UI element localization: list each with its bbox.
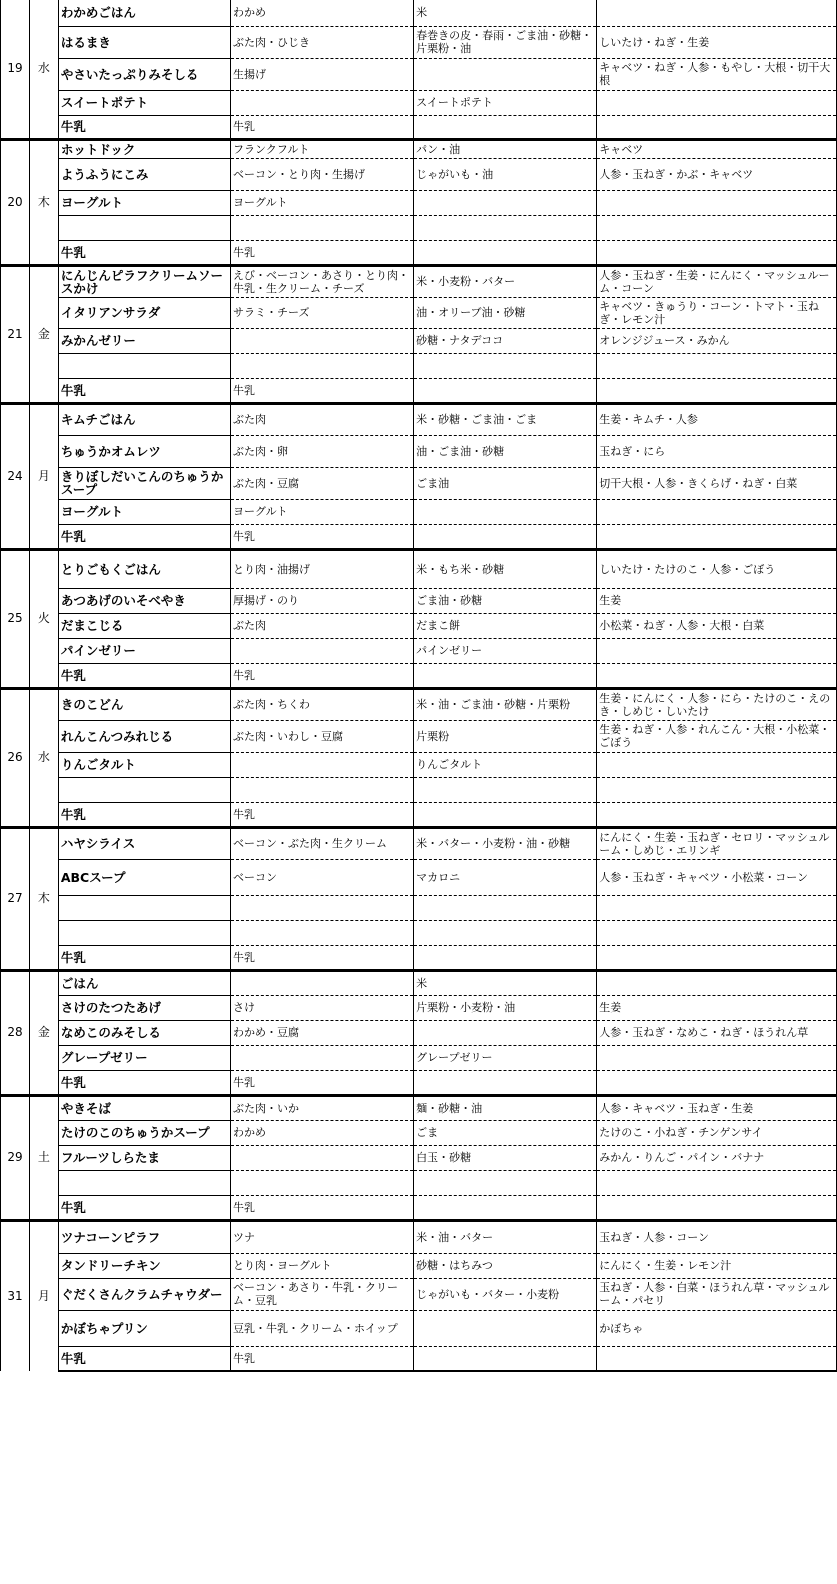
- red-group-ingredients-cell: [231, 752, 414, 777]
- menu-row: だまこじるぶた肉だまこ餅小松菜・ねぎ・人参・大根・白菜: [1, 613, 837, 638]
- dish-name-cell: かぼちゃプリン: [58, 1310, 230, 1346]
- yellow-group-ingredients-cell: だまこ餅: [414, 613, 597, 638]
- yellow-group-ingredients-cell: 白玉・砂糖: [414, 1145, 597, 1170]
- menu-row: きりぼしだいこんのちゅうかスープぶた肉・豆腐ごま油切干大根・人参・きくらげ・ねぎ…: [1, 467, 837, 499]
- dish-name-cell: やきそば: [58, 1095, 230, 1120]
- dish-name-cell: たけのこのちゅうかスープ: [58, 1120, 230, 1145]
- dish-name-cell: きりぼしだいこんのちゅうかスープ: [58, 467, 230, 499]
- dish-name-cell: グレープゼリー: [58, 1045, 230, 1070]
- green-group-ingredients-cell: [597, 1170, 837, 1195]
- menu-row: さけのたつたあげさけ片栗粉・小麦粉・油生姜: [1, 995, 837, 1020]
- red-group-ingredients-cell: ヨーグルト: [231, 190, 414, 215]
- menu-row: 21金にんじんピラフクリームソースかけえび・ベーコン・あさり・とり肉・牛乳・生ク…: [1, 265, 837, 297]
- dish-name-cell: だまこじる: [58, 613, 230, 638]
- red-group-ingredients-cell: ベーコン・あさり・牛乳・クリーム・豆乳: [231, 1278, 414, 1310]
- green-group-ingredients-cell: [597, 663, 837, 688]
- yellow-group-ingredients-cell: 春巻きの皮・春雨・ごま油・砂糖・片栗粉・油: [414, 26, 597, 58]
- yellow-group-ingredients-cell: 米・小麦粉・バター: [414, 265, 597, 297]
- menu-row: 牛乳牛乳: [1, 1195, 837, 1220]
- green-group-ingredients-cell: 生姜・ねぎ・人参・れんこん・大根・小松菜・ごぼう: [597, 720, 837, 752]
- menu-row: はるまきぶた肉・ひじき春巻きの皮・春雨・ごま油・砂糖・片栗粉・油しいたけ・ねぎ・…: [1, 26, 837, 58]
- dish-name-cell: ようふうにこみ: [58, 158, 230, 190]
- weekday-cell: 金: [29, 265, 58, 403]
- date-cell: 31: [1, 1220, 30, 1371]
- yellow-group-ingredients-cell: りんごタルト: [414, 752, 597, 777]
- menu-row: スイートポテトスイートポテト: [1, 90, 837, 115]
- green-group-ingredients-cell: [597, 752, 837, 777]
- green-group-ingredients-cell: [597, 1195, 837, 1220]
- red-group-ingredients-cell: ツナ: [231, 1220, 414, 1253]
- menu-row: タンドリーチキンとり肉・ヨーグルト砂糖・はちみつにんにく・生姜・レモン汁: [1, 1253, 837, 1278]
- red-group-ingredients-cell: ぶた肉・卵: [231, 435, 414, 467]
- dish-name-cell: タンドリーチキン: [58, 1253, 230, 1278]
- dish-name-cell: 牛乳: [58, 524, 230, 549]
- dish-name-cell: ABCスープ: [58, 859, 230, 895]
- yellow-group-ingredients-cell: [414, 895, 597, 920]
- weekday-cell: 水: [29, 0, 58, 139]
- yellow-group-ingredients-cell: [414, 58, 597, 90]
- menu-row: 牛乳牛乳: [1, 240, 837, 265]
- yellow-group-ingredients-cell: 米・油・ごま油・砂糖・片栗粉: [414, 688, 597, 720]
- red-group-ingredients-cell: [231, 90, 414, 115]
- dish-name-cell: 牛乳: [58, 1070, 230, 1095]
- dish-name-cell: スイートポテト: [58, 90, 230, 115]
- green-group-ingredients-cell: [597, 115, 837, 139]
- menu-row: 24月キムチごはんぶた肉米・砂糖・ごま油・ごま生姜・キムチ・人参: [1, 403, 837, 435]
- red-group-ingredients-cell: ぶた肉: [231, 403, 414, 435]
- menu-row: 25火とりごもくごはんとり肉・油揚げ米・もち米・砂糖しいたけ・たけのこ・人参・ご…: [1, 549, 837, 588]
- green-group-ingredients-cell: にんにく・生姜・レモン汁: [597, 1253, 837, 1278]
- green-group-ingredients-cell: 玉ねぎ・にら: [597, 435, 837, 467]
- yellow-group-ingredients-cell: 油・オリーブ油・砂糖: [414, 297, 597, 328]
- menu-row: [1, 1170, 837, 1195]
- green-group-ingredients-cell: 生姜・キムチ・人参: [597, 403, 837, 435]
- date-cell: 24: [1, 403, 30, 549]
- date-cell: 19: [1, 0, 30, 139]
- weekday-cell: 金: [29, 970, 58, 1095]
- red-group-ingredients-cell: 牛乳: [231, 378, 414, 403]
- dish-name-cell: なめこのみそしる: [58, 1020, 230, 1045]
- green-group-ingredients-cell: [597, 240, 837, 265]
- menu-row: りんごタルトりんごタルト: [1, 752, 837, 777]
- lunch-menu-table: 19水わかめごはんわかめ米はるまきぶた肉・ひじき春巻きの皮・春雨・ごま油・砂糖・…: [0, 0, 837, 1372]
- green-group-ingredients-cell: みかん・りんご・パイン・バナナ: [597, 1145, 837, 1170]
- yellow-group-ingredients-cell: [414, 524, 597, 549]
- green-group-ingredients-cell: しいたけ・ねぎ・生姜: [597, 26, 837, 58]
- dish-name-cell: ヨーグルト: [58, 190, 230, 215]
- dish-name-cell: ハヤシライス: [58, 827, 230, 859]
- dish-name-cell: ごはん: [58, 970, 230, 995]
- menu-row: 牛乳牛乳: [1, 115, 837, 139]
- dish-name-cell: 牛乳: [58, 663, 230, 688]
- yellow-group-ingredients-cell: じゃがいも・油: [414, 158, 597, 190]
- menu-row: 29土やきそばぶた肉・いか麺・砂糖・油人参・キャベツ・玉ねぎ・生姜: [1, 1095, 837, 1120]
- menu-row: 牛乳牛乳: [1, 1346, 837, 1371]
- dish-name-cell: [58, 353, 230, 378]
- green-group-ingredients-cell: 人参・玉ねぎ・かぶ・キャベツ: [597, 158, 837, 190]
- dish-name-cell: 牛乳: [58, 240, 230, 265]
- dish-name-cell: あつあげのいそべやき: [58, 588, 230, 613]
- menu-row: 牛乳牛乳: [1, 663, 837, 688]
- menu-row: 19水わかめごはんわかめ米: [1, 0, 837, 26]
- red-group-ingredients-cell: [231, 328, 414, 353]
- green-group-ingredients-cell: [597, 920, 837, 945]
- green-group-ingredients-cell: [597, 90, 837, 115]
- yellow-group-ingredients-cell: 米: [414, 970, 597, 995]
- red-group-ingredients-cell: さけ: [231, 995, 414, 1020]
- green-group-ingredients-cell: オレンジジュース・みかん: [597, 328, 837, 353]
- yellow-group-ingredients-cell: [414, 663, 597, 688]
- yellow-group-ingredients-cell: 米: [414, 0, 597, 26]
- dish-name-cell: 牛乳: [58, 802, 230, 827]
- dish-name-cell: 牛乳: [58, 1195, 230, 1220]
- yellow-group-ingredients-cell: [414, 1020, 597, 1045]
- yellow-group-ingredients-cell: [414, 1346, 597, 1371]
- green-group-ingredients-cell: [597, 353, 837, 378]
- green-group-ingredients-cell: 玉ねぎ・人参・白菜・ほうれん草・マッシュルーム・パセリ: [597, 1278, 837, 1310]
- red-group-ingredients-cell: ぶた肉・ちくわ: [231, 688, 414, 720]
- yellow-group-ingredients-cell: 米・もち米・砂糖: [414, 549, 597, 588]
- red-group-ingredients-cell: [231, 895, 414, 920]
- red-group-ingredients-cell: ぶた肉・ひじき: [231, 26, 414, 58]
- green-group-ingredients-cell: 切干大根・人参・きくらげ・ねぎ・白菜: [597, 467, 837, 499]
- yellow-group-ingredients-cell: [414, 1310, 597, 1346]
- red-group-ingredients-cell: えび・ベーコン・あさり・とり肉・牛乳・生クリーム・チーズ: [231, 265, 414, 297]
- menu-row: [1, 215, 837, 240]
- red-group-ingredients-cell: ベーコン・とり肉・生揚げ: [231, 158, 414, 190]
- yellow-group-ingredients-cell: [414, 777, 597, 802]
- menu-row: 20木ホットドックフランクフルトパン・油キャベツ: [1, 139, 837, 158]
- red-group-ingredients-cell: 牛乳: [231, 240, 414, 265]
- red-group-ingredients-cell: 牛乳: [231, 663, 414, 688]
- green-group-ingredients-cell: 人参・玉ねぎ・キャベツ・小松菜・コーン: [597, 859, 837, 895]
- date-cell: 28: [1, 970, 30, 1095]
- dish-name-cell: [58, 777, 230, 802]
- green-group-ingredients-cell: キャベツ・きゅうり・コーン・トマト・玉ねぎ・レモン汁: [597, 297, 837, 328]
- menu-row: やさいたっぷりみそしる生揚げキャベツ・ねぎ・人参・もやし・大根・切干大根: [1, 58, 837, 90]
- green-group-ingredients-cell: キャベツ: [597, 139, 837, 158]
- red-group-ingredients-cell: ぶた肉・いわし・豆腐: [231, 720, 414, 752]
- yellow-group-ingredients-cell: [414, 499, 597, 524]
- green-group-ingredients-cell: にんにく・生姜・玉ねぎ・セロリ・マッシュルーム・しめじ・エリンギ: [597, 827, 837, 859]
- red-group-ingredients-cell: ベーコン・ぶた肉・生クリーム: [231, 827, 414, 859]
- green-group-ingredients-cell: [597, 638, 837, 663]
- red-group-ingredients-cell: サラミ・チーズ: [231, 297, 414, 328]
- red-group-ingredients-cell: わかめ・豆腐: [231, 1020, 414, 1045]
- red-group-ingredients-cell: [231, 1045, 414, 1070]
- green-group-ingredients-cell: [597, 190, 837, 215]
- menu-row: 牛乳牛乳: [1, 802, 837, 827]
- yellow-group-ingredients-cell: [414, 920, 597, 945]
- dish-name-cell: [58, 215, 230, 240]
- green-group-ingredients-cell: 生姜: [597, 588, 837, 613]
- green-group-ingredients-cell: [597, 777, 837, 802]
- menu-row: 牛乳牛乳: [1, 378, 837, 403]
- menu-row: ちゅうかオムレツぶた肉・卵油・ごま油・砂糖玉ねぎ・にら: [1, 435, 837, 467]
- menu-row: 牛乳牛乳: [1, 945, 837, 970]
- menu-row: れんこんつみれじるぶた肉・いわし・豆腐片栗粉生姜・ねぎ・人参・れんこん・大根・小…: [1, 720, 837, 752]
- dish-name-cell: 牛乳: [58, 945, 230, 970]
- yellow-group-ingredients-cell: [414, 802, 597, 827]
- yellow-group-ingredients-cell: [414, 1195, 597, 1220]
- green-group-ingredients-cell: [597, 802, 837, 827]
- yellow-group-ingredients-cell: ごま: [414, 1120, 597, 1145]
- yellow-group-ingredients-cell: [414, 215, 597, 240]
- menu-row: かぼちゃプリン豆乳・牛乳・クリーム・ホイップかぼちゃ: [1, 1310, 837, 1346]
- menu-row: ヨーグルトヨーグルト: [1, 499, 837, 524]
- green-group-ingredients-cell: 人参・玉ねぎ・なめこ・ねぎ・ほうれん草: [597, 1020, 837, 1045]
- green-group-ingredients-cell: [597, 215, 837, 240]
- green-group-ingredients-cell: [597, 524, 837, 549]
- green-group-ingredients-cell: [597, 1045, 837, 1070]
- red-group-ingredients-cell: [231, 1170, 414, 1195]
- yellow-group-ingredients-cell: スイートポテト: [414, 90, 597, 115]
- dish-name-cell: みかんゼリー: [58, 328, 230, 353]
- menu-row: 31月ツナコーンピラフツナ米・油・バター玉ねぎ・人参・コーン: [1, 1220, 837, 1253]
- yellow-group-ingredients-cell: 油・ごま油・砂糖: [414, 435, 597, 467]
- green-group-ingredients-cell: [597, 378, 837, 403]
- weekday-cell: 木: [29, 827, 58, 970]
- menu-row: 28金ごはん米: [1, 970, 837, 995]
- yellow-group-ingredients-cell: グレープゼリー: [414, 1045, 597, 1070]
- dish-name-cell: [58, 895, 230, 920]
- dish-name-cell: とりごもくごはん: [58, 549, 230, 588]
- weekday-cell: 火: [29, 549, 58, 688]
- menu-row: たけのこのちゅうかスープわかめごまたけのこ・小ねぎ・チンゲンサイ: [1, 1120, 837, 1145]
- yellow-group-ingredients-cell: 米・バター・小麦粉・油・砂糖: [414, 827, 597, 859]
- red-group-ingredients-cell: [231, 920, 414, 945]
- red-group-ingredients-cell: フランクフルト: [231, 139, 414, 158]
- green-group-ingredients-cell: [597, 945, 837, 970]
- dish-name-cell: ヨーグルト: [58, 499, 230, 524]
- yellow-group-ingredients-cell: [414, 190, 597, 215]
- red-group-ingredients-cell: わかめ: [231, 1120, 414, 1145]
- dish-name-cell: パインゼリー: [58, 638, 230, 663]
- dish-name-cell: ホットドック: [58, 139, 230, 158]
- menu-row: ヨーグルトヨーグルト: [1, 190, 837, 215]
- yellow-group-ingredients-cell: パインゼリー: [414, 638, 597, 663]
- dish-name-cell: ぐだくさんクラムチャウダー: [58, 1278, 230, 1310]
- green-group-ingredients-cell: 生姜: [597, 995, 837, 1020]
- red-group-ingredients-cell: 牛乳: [231, 802, 414, 827]
- date-cell: 20: [1, 139, 30, 265]
- red-group-ingredients-cell: 牛乳: [231, 1070, 414, 1095]
- yellow-group-ingredients-cell: マカロニ: [414, 859, 597, 895]
- red-group-ingredients-cell: 牛乳: [231, 1195, 414, 1220]
- red-group-ingredients-cell: [231, 638, 414, 663]
- dish-name-cell: はるまき: [58, 26, 230, 58]
- weekday-cell: 木: [29, 139, 58, 265]
- red-group-ingredients-cell: ヨーグルト: [231, 499, 414, 524]
- menu-row: イタリアンサラダサラミ・チーズ油・オリーブ油・砂糖キャベツ・きゅうり・コーン・ト…: [1, 297, 837, 328]
- date-cell: 21: [1, 265, 30, 403]
- yellow-group-ingredients-cell: ごま油・砂糖: [414, 588, 597, 613]
- menu-row: 27木ハヤシライスベーコン・ぶた肉・生クリーム米・バター・小麦粉・油・砂糖にんに…: [1, 827, 837, 859]
- yellow-group-ingredients-cell: 麺・砂糖・油: [414, 1095, 597, 1120]
- yellow-group-ingredients-cell: 米・油・バター: [414, 1220, 597, 1253]
- dish-name-cell: キムチごはん: [58, 403, 230, 435]
- yellow-group-ingredients-cell: 砂糖・はちみつ: [414, 1253, 597, 1278]
- red-group-ingredients-cell: [231, 353, 414, 378]
- red-group-ingredients-cell: [231, 970, 414, 995]
- red-group-ingredients-cell: ベーコン: [231, 859, 414, 895]
- weekday-cell: 土: [29, 1095, 58, 1220]
- dish-name-cell: 牛乳: [58, 1346, 230, 1371]
- yellow-group-ingredients-cell: [414, 353, 597, 378]
- red-group-ingredients-cell: ぶた肉: [231, 613, 414, 638]
- yellow-group-ingredients-cell: 片栗粉・小麦粉・油: [414, 995, 597, 1020]
- menu-row: あつあげのいそべやき厚揚げ・のりごま油・砂糖生姜: [1, 588, 837, 613]
- red-group-ingredients-cell: とり肉・ヨーグルト: [231, 1253, 414, 1278]
- menu-row: ABCスープベーコンマカロニ人参・玉ねぎ・キャベツ・小松菜・コーン: [1, 859, 837, 895]
- yellow-group-ingredients-cell: 米・砂糖・ごま油・ごま: [414, 403, 597, 435]
- red-group-ingredients-cell: [231, 215, 414, 240]
- green-group-ingredients-cell: [597, 499, 837, 524]
- date-cell: 25: [1, 549, 30, 688]
- green-group-ingredients-cell: かぼちゃ: [597, 1310, 837, 1346]
- yellow-group-ingredients-cell: 片栗粉: [414, 720, 597, 752]
- menu-row: ぐだくさんクラムチャウダーベーコン・あさり・牛乳・クリーム・豆乳じゃがいも・バタ…: [1, 1278, 837, 1310]
- yellow-group-ingredients-cell: 砂糖・ナタデココ: [414, 328, 597, 353]
- red-group-ingredients-cell: [231, 777, 414, 802]
- menu-row: なめこのみそしるわかめ・豆腐人参・玉ねぎ・なめこ・ねぎ・ほうれん草: [1, 1020, 837, 1045]
- menu-row: [1, 895, 837, 920]
- menu-row: グレープゼリーグレープゼリー: [1, 1045, 837, 1070]
- yellow-group-ingredients-cell: [414, 378, 597, 403]
- yellow-group-ingredients-cell: [414, 1070, 597, 1095]
- red-group-ingredients-cell: 厚揚げ・のり: [231, 588, 414, 613]
- yellow-group-ingredients-cell: パン・油: [414, 139, 597, 158]
- dish-name-cell: 牛乳: [58, 115, 230, 139]
- green-group-ingredients-cell: [597, 0, 837, 26]
- dish-name-cell: [58, 1170, 230, 1195]
- red-group-ingredients-cell: 牛乳: [231, 115, 414, 139]
- yellow-group-ingredients-cell: [414, 115, 597, 139]
- red-group-ingredients-cell: とり肉・油揚げ: [231, 549, 414, 588]
- green-group-ingredients-cell: しいたけ・たけのこ・人参・ごぼう: [597, 549, 837, 588]
- green-group-ingredients-cell: 人参・玉ねぎ・生姜・にんにく・マッシュルーム・コーン: [597, 265, 837, 297]
- menu-row: [1, 920, 837, 945]
- red-group-ingredients-cell: 牛乳: [231, 524, 414, 549]
- menu-row: 26水きのこどんぶた肉・ちくわ米・油・ごま油・砂糖・片栗粉生姜・にんにく・人参・…: [1, 688, 837, 720]
- yellow-group-ingredients-cell: [414, 945, 597, 970]
- green-group-ingredients-cell: 玉ねぎ・人参・コーン: [597, 1220, 837, 1253]
- dish-name-cell: 牛乳: [58, 378, 230, 403]
- red-group-ingredients-cell: 生揚げ: [231, 58, 414, 90]
- dish-name-cell: ツナコーンピラフ: [58, 1220, 230, 1253]
- dish-name-cell: にんじんピラフクリームソースかけ: [58, 265, 230, 297]
- dish-name-cell: イタリアンサラダ: [58, 297, 230, 328]
- yellow-group-ingredients-cell: じゃがいも・バター・小麦粉: [414, 1278, 597, 1310]
- weekday-cell: 月: [29, 403, 58, 549]
- menu-row: フルーツしらたま白玉・砂糖みかん・りんご・パイン・バナナ: [1, 1145, 837, 1170]
- red-group-ingredients-cell: [231, 1145, 414, 1170]
- red-group-ingredients-cell: ぶた肉・いか: [231, 1095, 414, 1120]
- dish-name-cell: [58, 920, 230, 945]
- red-group-ingredients-cell: ぶた肉・豆腐: [231, 467, 414, 499]
- date-cell: 26: [1, 688, 30, 827]
- menu-row: パインゼリーパインゼリー: [1, 638, 837, 663]
- green-group-ingredients-cell: [597, 1070, 837, 1095]
- yellow-group-ingredients-cell: [414, 1170, 597, 1195]
- date-cell: 27: [1, 827, 30, 970]
- menu-row: [1, 353, 837, 378]
- green-group-ingredients-cell: 人参・キャベツ・玉ねぎ・生姜: [597, 1095, 837, 1120]
- menu-row: [1, 777, 837, 802]
- red-group-ingredients-cell: 牛乳: [231, 945, 414, 970]
- red-group-ingredients-cell: 豆乳・牛乳・クリーム・ホイップ: [231, 1310, 414, 1346]
- weekday-cell: 月: [29, 1220, 58, 1371]
- green-group-ingredients-cell: [597, 1346, 837, 1371]
- red-group-ingredients-cell: 牛乳: [231, 1346, 414, 1371]
- menu-table-body: 19水わかめごはんわかめ米はるまきぶた肉・ひじき春巻きの皮・春雨・ごま油・砂糖・…: [1, 0, 837, 1371]
- dish-name-cell: きのこどん: [58, 688, 230, 720]
- dish-name-cell: れんこんつみれじる: [58, 720, 230, 752]
- menu-row: ようふうにこみベーコン・とり肉・生揚げじゃがいも・油人参・玉ねぎ・かぶ・キャベツ: [1, 158, 837, 190]
- green-group-ingredients-cell: [597, 970, 837, 995]
- green-group-ingredients-cell: 生姜・にんにく・人参・にら・たけのこ・えのき・しめじ・しいたけ: [597, 688, 837, 720]
- dish-name-cell: りんごタルト: [58, 752, 230, 777]
- green-group-ingredients-cell: 小松菜・ねぎ・人参・大根・白菜: [597, 613, 837, 638]
- menu-row: 牛乳牛乳: [1, 1070, 837, 1095]
- menu-row: みかんゼリー砂糖・ナタデココオレンジジュース・みかん: [1, 328, 837, 353]
- menu-row: 牛乳牛乳: [1, 524, 837, 549]
- weekday-cell: 水: [29, 688, 58, 827]
- green-group-ingredients-cell: キャベツ・ねぎ・人参・もやし・大根・切干大根: [597, 58, 837, 90]
- date-cell: 29: [1, 1095, 30, 1220]
- green-group-ingredients-cell: [597, 895, 837, 920]
- dish-name-cell: ちゅうかオムレツ: [58, 435, 230, 467]
- yellow-group-ingredients-cell: [414, 240, 597, 265]
- yellow-group-ingredients-cell: ごま油: [414, 467, 597, 499]
- dish-name-cell: フルーツしらたま: [58, 1145, 230, 1170]
- dish-name-cell: やさいたっぷりみそしる: [58, 58, 230, 90]
- red-group-ingredients-cell: わかめ: [231, 0, 414, 26]
- green-group-ingredients-cell: たけのこ・小ねぎ・チンゲンサイ: [597, 1120, 837, 1145]
- dish-name-cell: さけのたつたあげ: [58, 995, 230, 1020]
- dish-name-cell: わかめごはん: [58, 0, 230, 26]
